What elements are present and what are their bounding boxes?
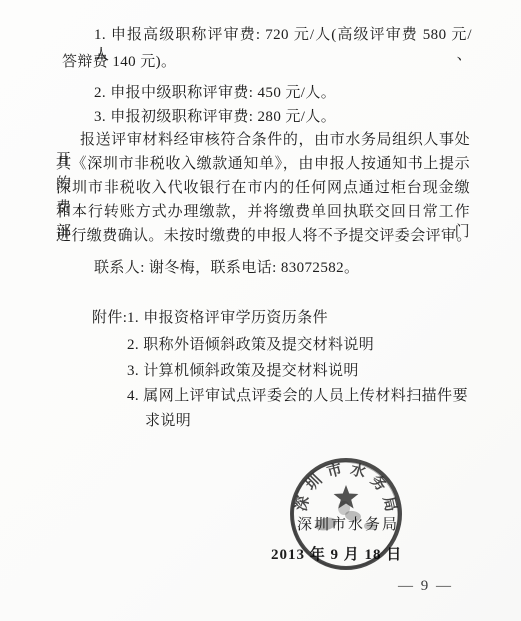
seal-ink-smudge [338, 501, 350, 515]
contact-line: 联系人: 谢冬梅，联系电话: 83072582。 [94, 258, 359, 278]
seal-ink-smudge [364, 522, 376, 530]
attachments-label: 附件: [92, 308, 127, 328]
seal-ink-smudge [314, 516, 338, 533]
attachment-item-3: 3. 计算机倾斜政策及提交材料说明 [127, 361, 359, 381]
attachment-item-2: 2. 职称外语倾斜政策及提交材料说明 [127, 335, 374, 355]
attachment-item-4-line-1: 4. 属网上评审试点评委会的人员上传材料扫描件要 [127, 386, 468, 406]
scanned-document-page: 1. 申报高级职称评审费: 720 元/人(高级评审费 580 元/人、 答辩费… [0, 0, 521, 621]
fee-item-3: 3. 申报初级职称评审费: 280 元/人。 [94, 107, 336, 127]
attachment-item-1: 1. 申报资格评审学历资历条件 [127, 308, 328, 328]
attachment-item-4-line-2: 求说明 [145, 411, 191, 431]
payment-paragraph-line-5: 进行缴费确认。未按时缴费的申报人将不予提交评委会评审。 [56, 226, 472, 246]
official-seal-graphic: 深圳市水务局 [282, 452, 410, 580]
official-seal: 深圳市水务局 [282, 452, 410, 580]
fee-item-1-line-2: 答辩费 140 元)。 [62, 52, 176, 72]
page-number: — 9 — [398, 576, 453, 596]
fee-item-2: 2. 申报中级职称评审费: 450 元/人。 [94, 83, 336, 103]
